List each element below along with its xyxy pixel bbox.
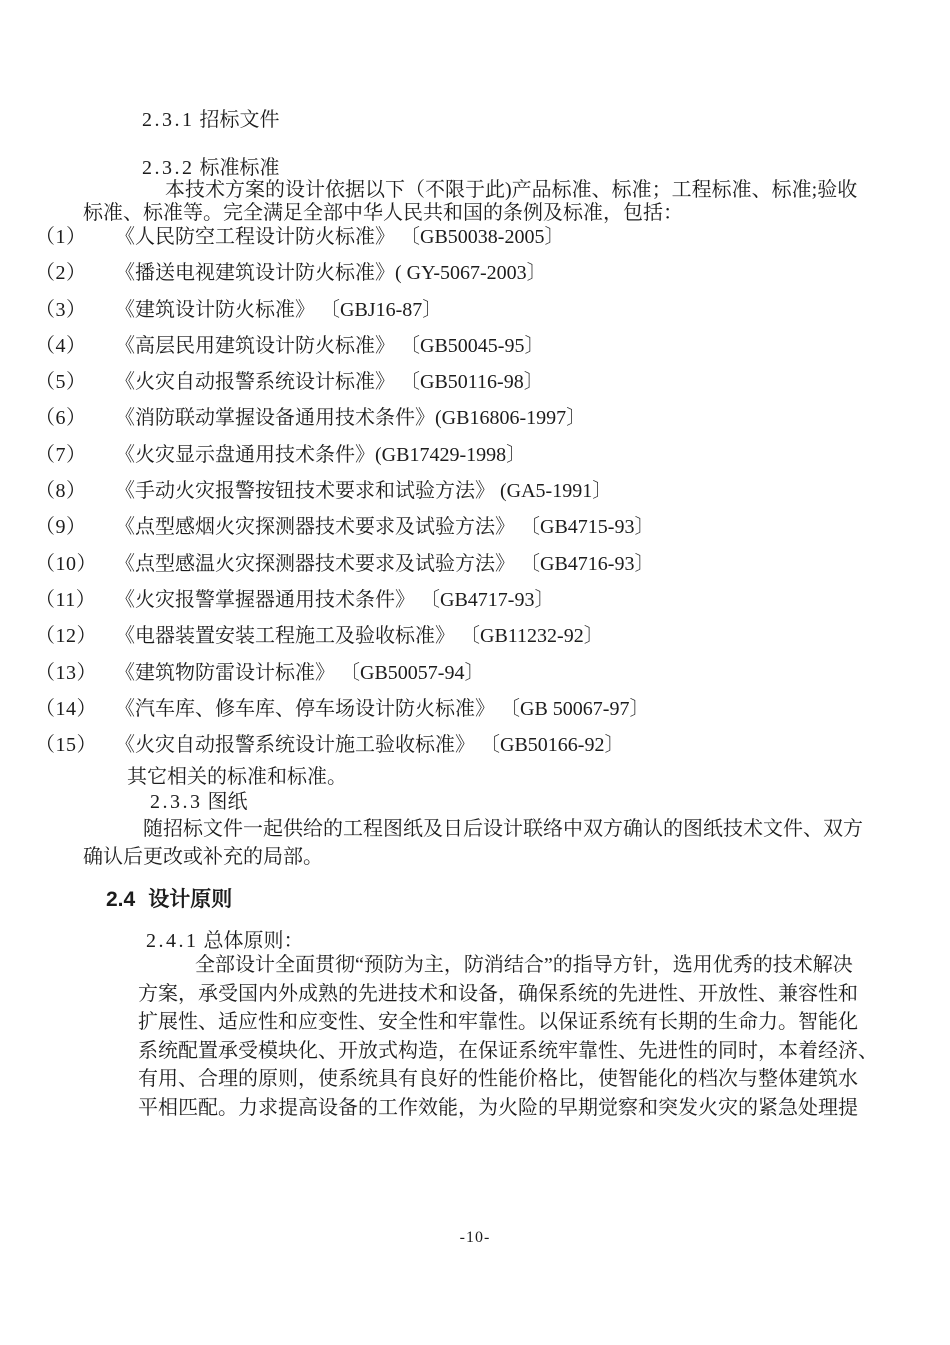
intro-paragraph-line-2: 标准、标准等。完全满足全部中华人民共和国的条例及标准，包括： — [83, 202, 683, 225]
standard-item: （3）《建筑设计防火标准》 〔GBJ16-87〕 — [35, 299, 945, 335]
standard-item-number: （11） — [35, 589, 115, 612]
standard-item: （10）《点型感温火灾探测器技术要求及试验方法》 〔GB4716-93〕 — [35, 553, 945, 589]
standard-item: （9）《点型感烟火灾探测器技术要求及试验方法》 〔GB4715-93〕 — [35, 516, 945, 552]
paragraph-line: 扩展性、适应性和应变性、安全性和牢靠性。以保证系统有长期的生命力。智能化 — [138, 1010, 928, 1039]
standard-item: （2）《播送电视建筑设计防火标准》( GY-5067-2003〕 — [35, 262, 945, 298]
general-principles-paragraph: 全部设计全面贯彻“预防为主，防消结合”的指导方针，选用优秀的技术解决 方案，承受… — [138, 953, 928, 1125]
standard-item-number: （13） — [35, 662, 115, 685]
standards-list: （1）《人民防空工程设计防火标准》 〔GB50038-2005〕 （2）《播送电… — [35, 226, 945, 770]
heading-2-3-1: 2.3.1招标文件 — [142, 109, 280, 132]
standard-item-text: 《火灾显示盘通用技术条件》(GB17429-1998〕 — [115, 444, 945, 467]
standard-item: （14）《汽车库、修车库、停车场设计防火标准》 〔GB 50067-97〕 — [35, 698, 945, 734]
heading-2-4-title: 设计原则 — [148, 888, 232, 911]
standard-item-number: （8） — [35, 480, 115, 503]
standard-item-number: （1） — [35, 226, 115, 249]
heading-2-3-3: 2.3.3图纸 — [150, 791, 248, 814]
heading-2-3-2-title: 标准标准 — [200, 157, 280, 179]
standard-item-number: （9） — [35, 516, 115, 539]
standard-item-text: 《高层民用建筑设计防火标准》 〔GB50045-95〕 — [115, 335, 945, 358]
standard-item-text: 《人民防空工程设计防火标准》 〔GB50038-2005〕 — [115, 226, 945, 249]
standard-item-text: 《建筑物防雷设计标准》 〔GB50057-94〕 — [115, 662, 945, 685]
standard-item: （6）《消防联动掌握设备通用技术条件》(GB16806-1997〕 — [35, 407, 945, 443]
standard-item-text: 《点型感烟火灾探测器技术要求及试验方法》 〔GB4715-93〕 — [115, 516, 945, 539]
heading-2-4-1-number: 2.4.1 — [146, 930, 199, 952]
drawings-paragraph-line-1: 随招标文件一起供给的工程图纸及日后设计联络中双方确认的图纸技术文件、双方 — [143, 818, 863, 841]
heading-2-3-2: 2.3.2标准标准 — [142, 157, 280, 180]
standard-item-number: （7） — [35, 444, 115, 467]
standard-item-number: （14） — [35, 698, 115, 721]
intro-paragraph-line-1: 本技术方案的设计依据以下（不限于此)产品标准、标准；工程标准、标准;验收 — [165, 179, 857, 202]
standard-item-number: （5） — [35, 371, 115, 394]
standard-item: （15）《火灾自动报警系统设计施工验收标准》 〔GB50166-92〕 — [35, 734, 945, 770]
paragraph-line: 系统配置承受模块化、开放式构造，在保证系统牢靠性、先进性的同时，本着经济、 — [138, 1039, 928, 1068]
page-number: -10- — [0, 1229, 950, 1247]
heading-2-3-1-number: 2.3.1 — [142, 109, 195, 131]
standard-item-number: （3） — [35, 299, 115, 322]
other-standards-note: 其它相关的标准和标准。 — [127, 766, 347, 789]
paragraph-line: 全部设计全面贯彻“预防为主，防消结合”的指导方针，选用优秀的技术解决 — [138, 953, 928, 982]
standard-item: （12）《电器装置安装工程施工及验收标准》 〔GB11232-92〕 — [35, 625, 945, 661]
standard-item: （8）《手动火灾报警按钮技术要求和试验方法》 (GA5-1991〕 — [35, 480, 945, 516]
document-page: 2.3.1招标文件 2.3.2标准标准 本技术方案的设计依据以下（不限于此)产品… — [0, 0, 950, 1345]
paragraph-line: 方案，承受国内外成熟的先进技术和设备，确保系统的先进性、开放性、兼容性和 — [138, 982, 928, 1011]
standard-item-number: （15） — [35, 734, 115, 757]
standard-item: （1）《人民防空工程设计防火标准》 〔GB50038-2005〕 — [35, 226, 945, 262]
heading-2-4-number: 2.4 — [106, 888, 135, 911]
standard-item: （4）《高层民用建筑设计防火标准》 〔GB50045-95〕 — [35, 335, 945, 371]
heading-2-3-2-number: 2.3.2 — [142, 157, 195, 179]
paragraph-line: 平相匹配。力求提高设备的工作效能，为火险的早期觉察和突发火灾的紧急处理提 — [138, 1096, 928, 1125]
standard-item-text: 《消防联动掌握设备通用技术条件》(GB16806-1997〕 — [115, 407, 945, 430]
standard-item-text: 《火灾自动报警系统设计标准》 〔GB50116-98〕 — [115, 371, 945, 394]
drawings-paragraph-line-2: 确认后更改或补充的局部。 — [83, 846, 323, 869]
heading-2-3-3-title: 图纸 — [208, 791, 248, 813]
standard-item-text: 《汽车库、修车库、停车场设计防火标准》 〔GB 50067-97〕 — [115, 698, 945, 721]
heading-2-4-1-title: 总体原则： — [204, 930, 304, 952]
standard-item-number: （12） — [35, 625, 115, 648]
heading-2-4: 2.4设计原则 — [106, 888, 232, 911]
standard-item: （11）《火灾报警掌握器通用技术条件》 〔GB4717-93〕 — [35, 589, 945, 625]
standard-item-number: （10） — [35, 553, 115, 576]
paragraph-line: 有用、合理的原则，使系统具有良好的性能价格比，使智能化的档次与整体建筑水 — [138, 1067, 928, 1096]
heading-2-4-1: 2.4.1总体原则： — [146, 930, 304, 953]
standard-item-number: （6） — [35, 407, 115, 430]
standard-item: （5）《火灾自动报警系统设计标准》 〔GB50116-98〕 — [35, 371, 945, 407]
standard-item-text: 《点型感温火灾探测器技术要求及试验方法》 〔GB4716-93〕 — [115, 553, 945, 576]
standard-item-text: 《火灾报警掌握器通用技术条件》 〔GB4717-93〕 — [115, 589, 945, 612]
heading-2-3-1-title: 招标文件 — [200, 109, 280, 131]
standard-item-text: 《建筑设计防火标准》 〔GBJ16-87〕 — [115, 299, 945, 322]
standard-item-number: （2） — [35, 262, 115, 285]
standard-item: （7）《火灾显示盘通用技术条件》(GB17429-1998〕 — [35, 444, 945, 480]
heading-2-3-3-number: 2.3.3 — [150, 791, 203, 813]
standard-item-text: 《播送电视建筑设计防火标准》( GY-5067-2003〕 — [115, 262, 945, 285]
standard-item-text: 《电器装置安装工程施工及验收标准》 〔GB11232-92〕 — [115, 625, 945, 648]
standard-item: （13）《建筑物防雷设计标准》 〔GB50057-94〕 — [35, 662, 945, 698]
standard-item-number: （4） — [35, 335, 115, 358]
standard-item-text: 《火灾自动报警系统设计施工验收标准》 〔GB50166-92〕 — [115, 734, 945, 757]
standard-item-text: 《手动火灾报警按钮技术要求和试验方法》 (GA5-1991〕 — [115, 480, 945, 503]
